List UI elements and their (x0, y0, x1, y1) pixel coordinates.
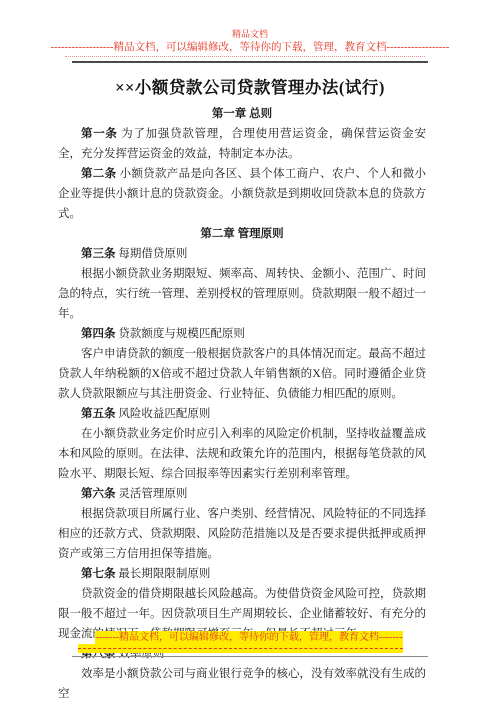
article-paragraph: 第七条 最长期限限制原则 (58, 564, 426, 584)
chapter-heading: 第二章 管理原则 (58, 224, 426, 244)
page-title: ××小额贷款公司贷款管理办法(试行) (0, 77, 500, 99)
footer-highlight-bar (78, 644, 403, 653)
body-paragraph: 效率是小额贷款公司与商业银行竞争的核心，没有效率就没有生成的空 (58, 664, 426, 704)
body-paragraph: 客户申请贷款的额度一般根据贷款客户的具体情况而定。最高不超过贷款人年纳税额的X倍… (58, 344, 426, 404)
footer-dashed-divider (78, 648, 403, 649)
article-label: 第二条 (81, 168, 120, 180)
body-paragraph: 在小额贷款业务定价时应引入利率的风险定价机制，坚持收益覆盖成本和风险的原则。在法… (58, 424, 426, 484)
article-paragraph: 第四条 贷款额度与规模匹配原则 (58, 324, 426, 344)
article-paragraph: 第一条 为了加强贷款管理，合理使用营运资金，确保营运资金安全，充分发挥营运资金的… (58, 124, 426, 164)
header-watermark-line: ------------------精品文档，可以编辑修改，等待你的下载，管理，… (0, 41, 500, 54)
article-paragraph: 第二条 小额贷款产品是向各区、县个体工商户、农户、个人和微小企业等提供小额计息的… (58, 164, 426, 224)
article-paragraph: 第三条 每期借贷原则 (58, 244, 426, 264)
article-paragraph: 第六条 灵活管理原则 (58, 484, 426, 504)
footer-rule-divider (72, 656, 428, 657)
chapter-heading: 第一章 总则 (58, 104, 426, 124)
body-paragraph: 根据小额贷款业务期限短、频率高、周转快、金额小、范围广、时间急的特点，实行统一管… (58, 264, 426, 324)
article-label: 第四条 (81, 328, 118, 340)
header-rule-divider (72, 61, 428, 63)
body-paragraph: 根据贷款项目所属行业、客户类别、经营情况、风险特征的不同选择相应的还款方式、贷款… (58, 504, 426, 564)
article-label: 第六条 (81, 488, 118, 500)
header-watermark-small: 精品文档 (0, 29, 500, 40)
footer-watermark-line: ------------------精品文档，可以编辑修改，等待你的下载，管理，… (95, 631, 403, 644)
article-label: 第一条 (81, 128, 121, 140)
document-page: 精品文档 ------------------精品文档，可以编辑修改，等待你的下… (0, 0, 500, 707)
document-body: 第一章 总则第一条 为了加强贷款管理，合理使用营运资金，确保营运资金安全，充分发… (58, 104, 426, 704)
article-label: 第三条 (81, 248, 118, 260)
article-paragraph: 第五条 风险收益匹配原则 (58, 404, 426, 424)
article-label: 第七条 (81, 568, 118, 580)
header-dotted-divider (65, 56, 425, 57)
article-label: 第五条 (81, 408, 118, 420)
